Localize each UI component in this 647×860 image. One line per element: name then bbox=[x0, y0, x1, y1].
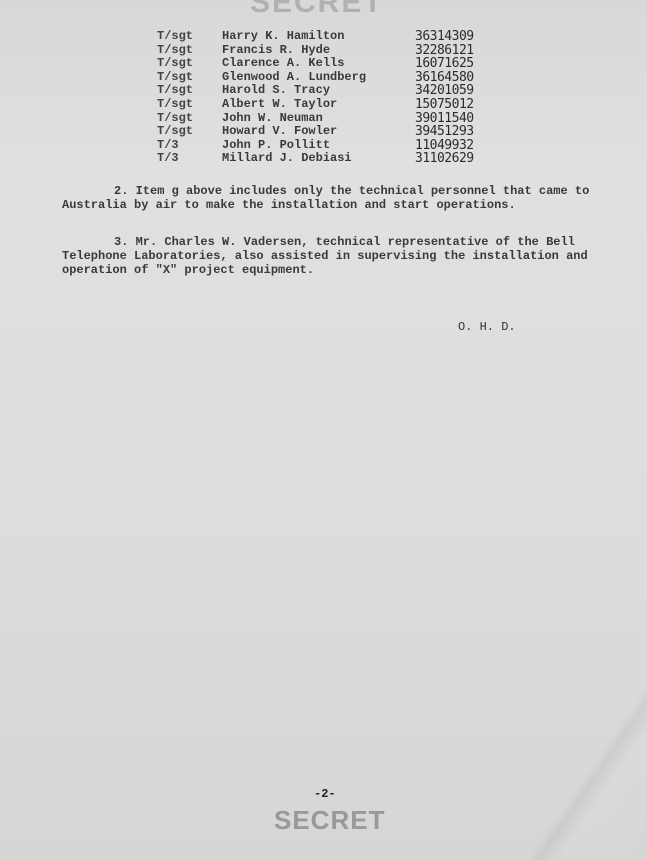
roster-row: T/sgtClarence A. Kells16071625 bbox=[0, 57, 647, 71]
roster-serial: 39011540 bbox=[415, 112, 474, 126]
roster-row: T/sgtGlenwood A. Lundberg36164580 bbox=[0, 71, 647, 85]
roster-rank: T/sgt bbox=[157, 125, 193, 139]
roster-serial: 32286121 bbox=[415, 44, 474, 58]
roster-row: T/sgtAlbert W. Taylor15075012 bbox=[0, 98, 647, 112]
roster-name: Howard V. Fowler bbox=[222, 125, 337, 139]
roster-rank: T/sgt bbox=[157, 112, 193, 126]
paragraph-3-text: 3. Mr. Charles W. Vadersen, technical re… bbox=[62, 235, 588, 277]
roster-serial: 39451293 bbox=[415, 125, 474, 139]
roster-row: T/sgtFrancis R. Hyde32286121 bbox=[0, 44, 647, 58]
roster-row: T/3John P. Pollitt11049932 bbox=[0, 139, 647, 153]
roster-rank: T/sgt bbox=[157, 98, 193, 112]
roster-serial: 34201059 bbox=[415, 84, 474, 98]
roster-name: Clarence A. Kells bbox=[222, 57, 344, 71]
roster-row: T/sgtHarry K. Hamilton36314309 bbox=[0, 30, 647, 44]
document-page: SECRET T/sgtHarry K. Hamilton36314309T/s… bbox=[0, 0, 647, 860]
roster-name: John P. Pollitt bbox=[222, 139, 330, 153]
signature-initials: O. H. D. bbox=[458, 320, 516, 334]
roster-row: T/sgtHoward V. Fowler39451293 bbox=[0, 125, 647, 139]
personnel-roster: T/sgtHarry K. Hamilton36314309T/sgtFranc… bbox=[0, 30, 647, 166]
roster-serial: 31102629 bbox=[415, 152, 474, 166]
page-number: -2- bbox=[314, 787, 336, 801]
bottom-secret-stamp: SECRET bbox=[274, 805, 385, 836]
roster-serial: 15075012 bbox=[415, 98, 474, 112]
top-secret-stamp: SECRET bbox=[250, 0, 384, 20]
roster-name: Francis R. Hyde bbox=[222, 44, 330, 58]
paper-fold-shadow bbox=[525, 600, 647, 860]
roster-serial: 36164580 bbox=[415, 71, 474, 85]
paragraph-3: 3. Mr. Charles W. Vadersen, technical re… bbox=[62, 235, 602, 277]
roster-row: T/sgtJohn W. Neuman39011540 bbox=[0, 112, 647, 126]
roster-rank: T/sgt bbox=[157, 71, 193, 85]
paragraph-2-text: 2. Item g above includes only the techni… bbox=[62, 184, 589, 212]
roster-rank: T/sgt bbox=[157, 57, 193, 71]
roster-row: T/3Millard J. Debiasi31102629 bbox=[0, 152, 647, 166]
roster-name: Glenwood A. Lundberg bbox=[222, 71, 366, 85]
roster-rank: T/sgt bbox=[157, 30, 193, 44]
roster-rank: T/sgt bbox=[157, 84, 193, 98]
paragraph-2: 2. Item g above includes only the techni… bbox=[62, 184, 602, 212]
roster-serial: 16071625 bbox=[415, 57, 474, 71]
roster-serial: 11049932 bbox=[415, 139, 474, 153]
roster-name: Harry K. Hamilton bbox=[222, 30, 344, 44]
roster-name: Harold S. Tracy bbox=[222, 84, 330, 98]
roster-name: Millard J. Debiasi bbox=[222, 152, 352, 166]
roster-serial: 36314309 bbox=[415, 30, 474, 44]
roster-name: Albert W. Taylor bbox=[222, 98, 337, 112]
roster-row: T/sgtHarold S. Tracy34201059 bbox=[0, 84, 647, 98]
roster-name: John W. Neuman bbox=[222, 112, 323, 126]
roster-rank: T/sgt bbox=[157, 44, 193, 58]
roster-rank: T/3 bbox=[157, 152, 179, 166]
roster-rank: T/3 bbox=[157, 139, 179, 153]
